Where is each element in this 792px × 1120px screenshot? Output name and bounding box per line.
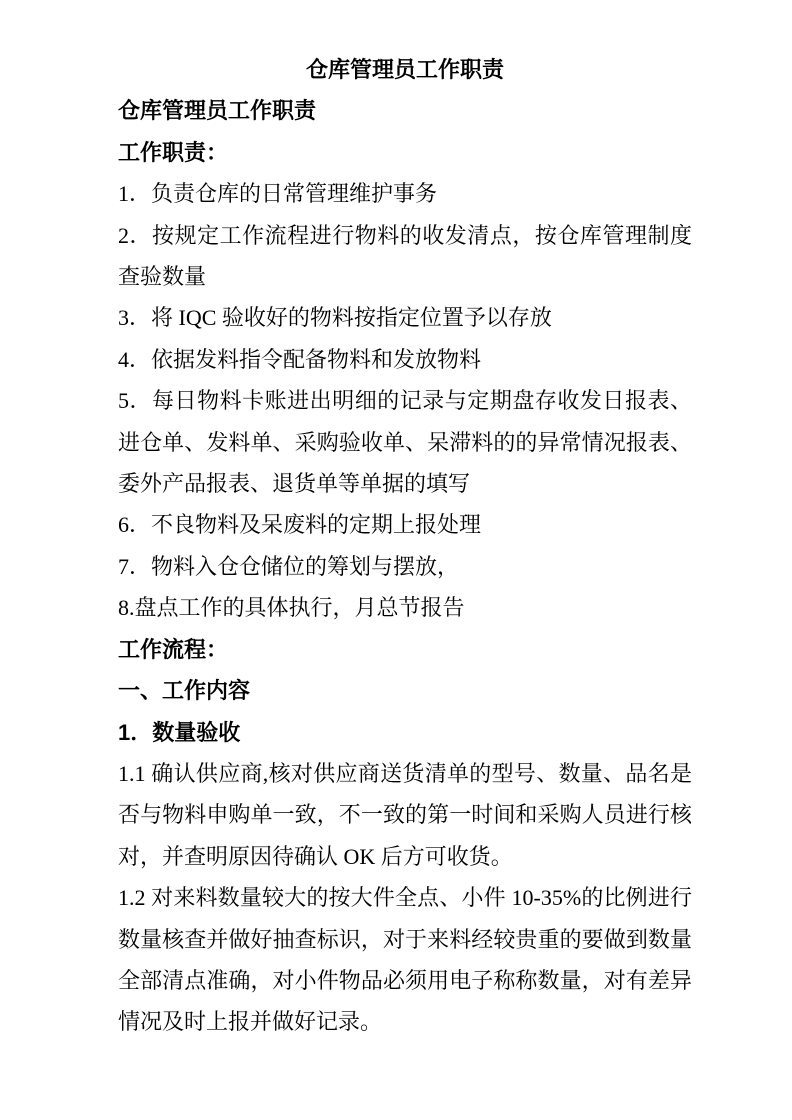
responsibilities-label: 工作职责： (118, 132, 692, 173)
document-page: 仓库管理员工作职责 仓库管理员工作职责 工作职责： 1．负责仓库的日常管理维护事… (0, 0, 792, 1120)
responsibility-item-1: 1．负责仓库的日常管理维护事务 (118, 173, 692, 214)
workflow-subsection-title: 1．数量验收 (118, 712, 692, 753)
workflow-section-title: 一、工作内容 (118, 670, 692, 711)
document-title: 仓库管理员工作职责 (118, 49, 692, 90)
responsibility-item-7: 7．物料入仓仓储位的筹划与摆放， (118, 546, 692, 587)
responsibility-item-5: 5．每日物料卡账进出明细的记录与定期盘存收发日报表、进仓单、发料单、采购验收单、… (118, 380, 692, 504)
responsibility-item-6: 6．不良物料及呆废料的定期上报处理 (118, 504, 692, 545)
responsibility-item-3: 3．将 IQC 验收好的物料按指定位置予以存放 (118, 297, 692, 338)
responsibility-item-2: 2．按规定工作流程进行物料的收发清点，按仓库管理制度查验数量 (118, 215, 692, 298)
workflow-label: 工作流程： (118, 629, 692, 670)
workflow-paragraph-1-1: 1.1 确认供应商,核对供应商送货清单的型号、数量、品名是否与物料申购单一致，不… (118, 753, 692, 877)
responsibility-item-8: 8.盘点工作的具体执行，月总节报告 (118, 587, 692, 628)
document-content: 仓库管理员工作职责 仓库管理员工作职责 工作职责： 1．负责仓库的日常管理维护事… (118, 49, 692, 1043)
responsibility-item-4: 4．依据发料指令配备物料和发放物料 (118, 339, 692, 380)
document-heading: 仓库管理员工作职责 (118, 90, 692, 131)
workflow-paragraph-1-2: 1.2 对来料数量较大的按大件全点、小件 10-35%的比例进行数量核查并做好抽… (118, 877, 692, 1043)
